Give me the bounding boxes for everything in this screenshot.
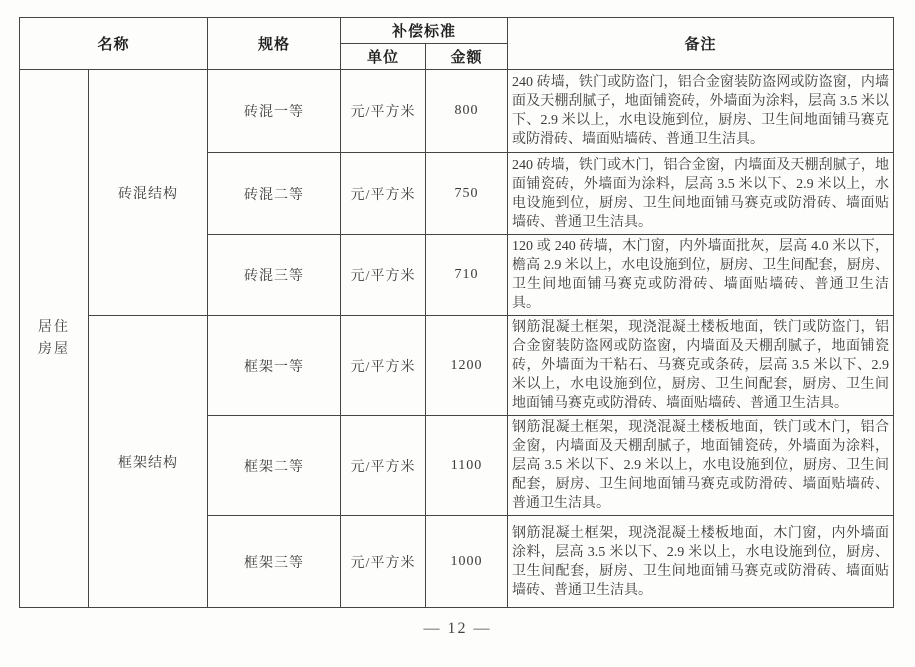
amount-cell: 1200: [426, 316, 508, 416]
spec-cell: 砖混三等: [208, 235, 341, 316]
table-row: 框架结构 框架一等 元/平方米 1200 钢筋混凝土框架，现浇混凝土楼板地面，铁…: [20, 316, 894, 416]
remark-cell: 240 砖墙，铁门或防盗门，铝合金窗装防盗网或防盗窗，内墙面及天棚刮腻子，地面铺…: [508, 70, 894, 153]
spec-cell: 砖混一等: [208, 70, 341, 153]
amount-cell: 750: [426, 153, 508, 235]
amount-cell: 800: [426, 70, 508, 153]
remark-cell: 120 或 240 砖墙，木门窗，内外墙面批灰，层高 4.0 米以下，檐高 2.…: [508, 235, 894, 316]
unit-cell: 元/平方米: [341, 316, 426, 416]
remark-cell: 240 砖墙，铁门或木门，铝合金窗，内墙面及天棚刮腻子，地面铺瓷砖，外墙面为涂料…: [508, 153, 894, 235]
header-compensation: 补偿标准: [341, 18, 508, 44]
header-name: 名称: [20, 18, 208, 70]
unit-cell: 元/平方米: [341, 235, 426, 316]
spec-cell: 框架三等: [208, 516, 341, 608]
category-cell: 居住 房屋: [20, 70, 89, 608]
unit-cell: 元/平方米: [341, 153, 426, 235]
remark-cell: 钢筋混凝土框架，现浇混凝土楼板地面，木门窗，内外墙面涂料，层高 3.5 米以下、…: [508, 516, 894, 608]
amount-cell: 1000: [426, 516, 508, 608]
remark-cell: 钢筋混凝土框架，现浇混凝土楼板地面，铁门或防盗门，铝合金窗装防盗网或防盗窗，内墙…: [508, 316, 894, 416]
unit-cell: 元/平方米: [341, 70, 426, 153]
header-spec: 规格: [208, 18, 341, 70]
compensation-table: 名称 规格 补偿标准 备注 单位 金额 居住 房屋 砖混结构 砖混一等 元/平方…: [19, 17, 894, 608]
remark-cell: 钢筋混凝土框架，现浇混凝土楼板地面，铁门或木门，铝合金窗，内墙面及天棚刮腻子，地…: [508, 416, 894, 516]
amount-cell: 1100: [426, 416, 508, 516]
header-amount: 金额: [426, 44, 508, 70]
unit-cell: 元/平方米: [341, 416, 426, 516]
page-number: — 12 —: [0, 620, 915, 638]
header-remarks: 备注: [508, 18, 894, 70]
spec-cell: 框架二等: [208, 416, 341, 516]
spec-cell: 砖混二等: [208, 153, 341, 235]
structure-cell-frame: 框架结构: [89, 316, 208, 608]
spec-cell: 框架一等: [208, 316, 341, 416]
table-row: 居住 房屋 砖混结构 砖混一等 元/平方米 800 240 砖墙，铁门或防盗门，…: [20, 70, 894, 153]
header-unit: 单位: [341, 44, 426, 70]
amount-cell: 710: [426, 235, 508, 316]
structure-cell-brick: 砖混结构: [89, 70, 208, 316]
unit-cell: 元/平方米: [341, 516, 426, 608]
